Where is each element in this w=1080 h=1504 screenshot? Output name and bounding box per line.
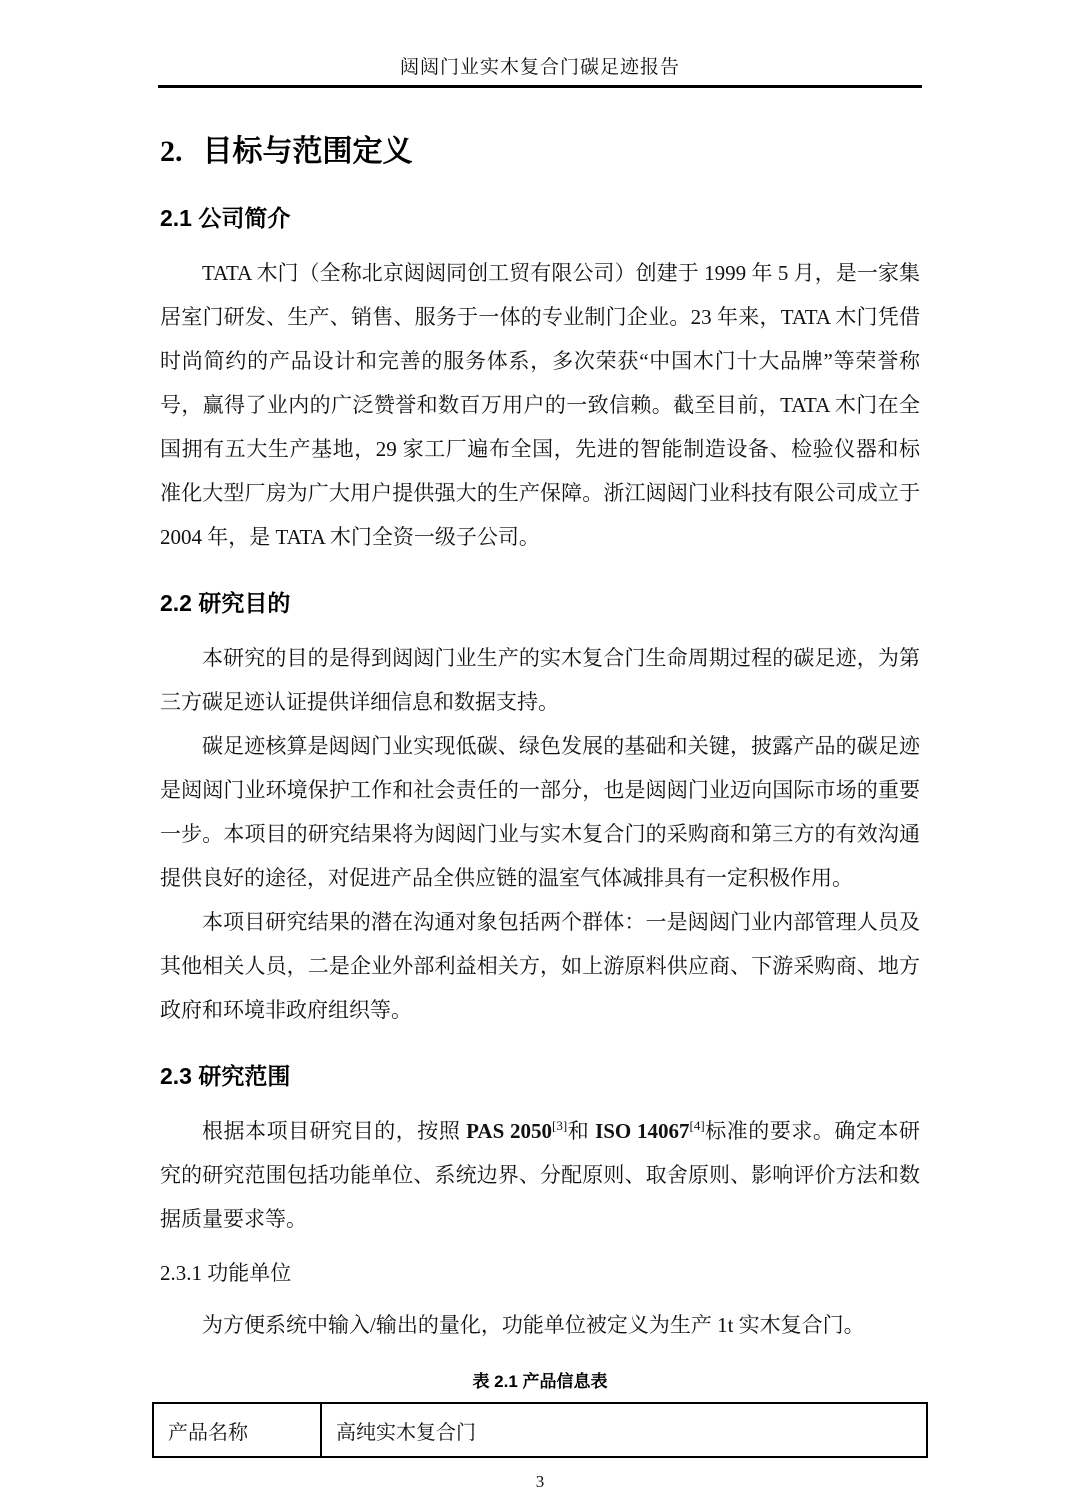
subsubsection-heading-functional-unit: 2.3.1 功能单位: [160, 1257, 920, 1287]
report-title: 闼闼门业实木复合门碳足迹报告: [158, 52, 922, 79]
citation-ref-3: [3]: [552, 1118, 567, 1133]
paragraph-purpose-1: 本研究的目的是得到闼闼门业生产的实木复合门生命周期过程的碳足迹，为第三方碳足迹认…: [160, 636, 920, 724]
paragraph-company-intro: TATA 木门（全称北京闼闼同创工贸有限公司）创建于 1999 年 5 月，是一…: [160, 251, 920, 559]
product-info-table: 产品名称 高纯实木复合门: [152, 1402, 928, 1458]
section-title: 目标与范围定义: [203, 135, 413, 168]
product-name-value-cell: 高纯实木复合门: [321, 1403, 927, 1457]
subsection-heading-company: 2.1 公司简介: [160, 200, 920, 233]
table-row: 产品名称 高纯实木复合门: [153, 1403, 927, 1457]
standard-name-iso14067: ISO 14067: [595, 1119, 689, 1143]
table-caption: 表 2.1 产品信息表: [160, 1367, 920, 1392]
product-name-label-cell: 产品名称: [153, 1403, 321, 1457]
section-number: 2.: [160, 135, 183, 168]
paragraph-purpose-2: 碳足迹核算是闼闼门业实现低碳、绿色发展的基础和关键，披露产品的碳足迹是闼闼门业环…: [160, 724, 920, 900]
page-header: 闼闼门业实木复合门碳足迹报告: [158, 0, 922, 88]
section-heading-2: 2.目标与范围定义: [160, 126, 920, 170]
page-number: 3: [152, 1472, 928, 1492]
paragraph-scope: 根据本项目研究目的，按照 PAS 2050[3]和 ISO 14067[4]标准…: [160, 1109, 920, 1241]
subsection-heading-scope: 2.3 研究范围: [160, 1058, 920, 1091]
paragraph-functional-unit: 为方便系统中输入/输出的量化，功能单位被定义为生产 1t 实木复合门。: [160, 1303, 920, 1347]
scope-text-segment: 根据本项目研究目的，按照: [202, 1119, 466, 1143]
standard-name-pas2050: PAS 2050: [466, 1119, 552, 1143]
scope-text-segment: 和: [567, 1119, 595, 1143]
paragraph-purpose-3: 本项目研究结果的潜在沟通对象包括两个群体：一是闼闼门业内部管理人员及其他相关人员…: [160, 900, 920, 1032]
page-content: 2.目标与范围定义 2.1 公司简介 TATA 木门（全称北京闼闼同创工贸有限公…: [152, 126, 928, 1492]
citation-ref-4: [4]: [690, 1118, 705, 1133]
subsection-heading-purpose: 2.2 研究目的: [160, 585, 920, 618]
document-page: 闼闼门业实木复合门碳足迹报告 2.目标与范围定义 2.1 公司简介 TATA 木…: [0, 0, 1080, 1504]
